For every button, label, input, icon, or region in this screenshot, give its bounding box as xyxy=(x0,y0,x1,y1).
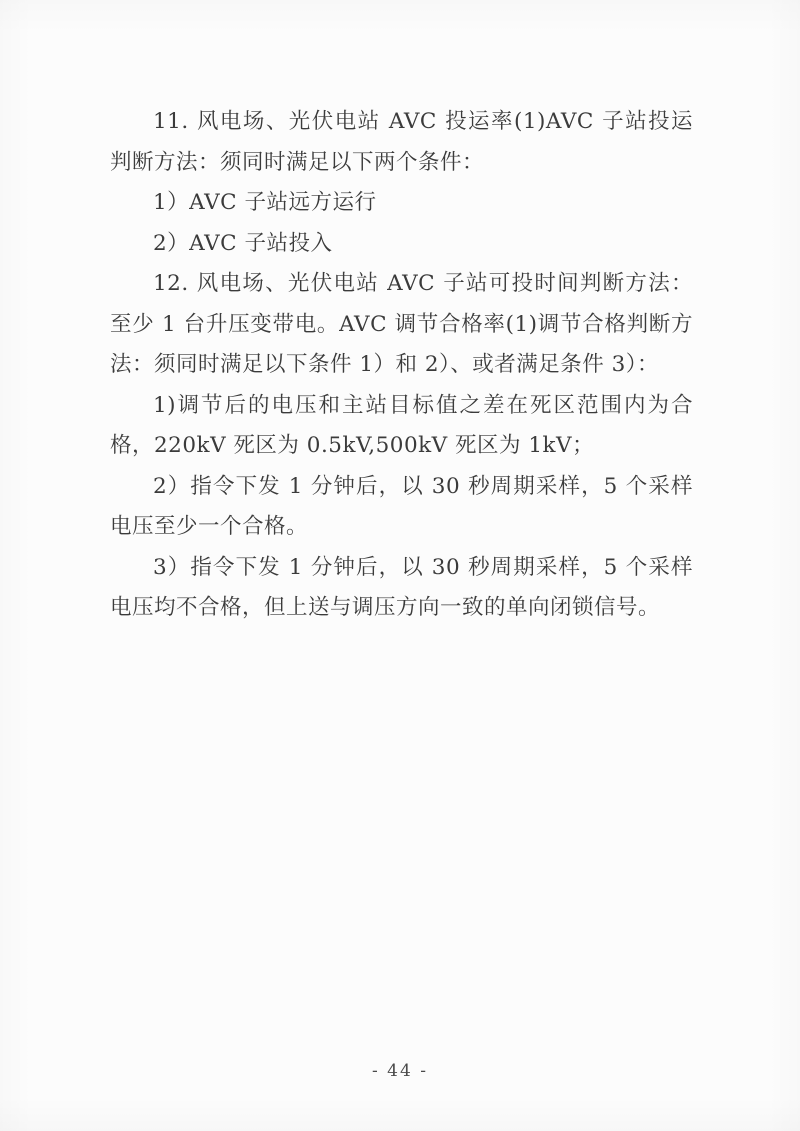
document-page: 11. 风电场、光伏电站 AVC 投运率(1)AVC 子站投运判断方法：须同时满… xyxy=(0,0,800,1131)
paragraph-criterion-2: 2）指令下发 1 分钟后，以 30 秒周期采样，5 个采样电压至少一个合格。 xyxy=(110,467,693,548)
paragraph-condition-2: 2）AVC 子站投入 xyxy=(110,224,693,265)
paragraph-condition-1: 1）AVC 子站远方运行 xyxy=(110,183,693,224)
document-body: 11. 风电场、光伏电站 AVC 投运率(1)AVC 子站投运判断方法：须同时满… xyxy=(110,102,693,629)
paragraph-criterion-3: 3）指令下发 1 分钟后，以 30 秒周期采样，5 个采样电压均不合格，但上送与… xyxy=(110,548,693,629)
paragraph-criterion-1: 1)调节后的电压和主站目标值之差在死区范围内为合格，220kV 死区为 0.5k… xyxy=(110,386,693,467)
paragraph-item-12: 12. 风电场、光伏电站 AVC 子站可投时间判断方法：至少 1 台升压变带电。… xyxy=(110,264,693,386)
page-number: - 44 - xyxy=(0,1061,800,1081)
paragraph-item-11: 11. 风电场、光伏电站 AVC 投运率(1)AVC 子站投运判断方法：须同时满… xyxy=(110,102,693,183)
